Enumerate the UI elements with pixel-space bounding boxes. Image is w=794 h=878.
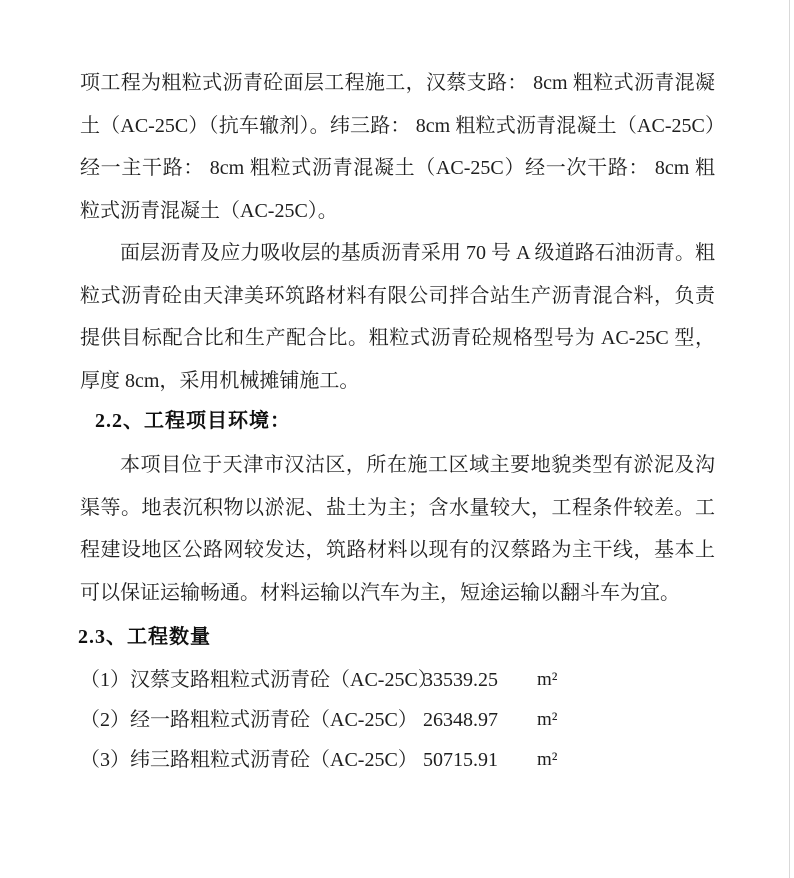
quantity-label: （3）纬三路粗粒式沥青砼（AC-25C） xyxy=(80,740,418,780)
quantity-value: 26348.97 xyxy=(423,700,498,740)
section-heading-project-quantities: 2.3、工程数量 xyxy=(78,622,715,652)
quantity-label: （1）汉蔡支路粗粒式沥青砼（AC-25C） xyxy=(80,660,438,700)
quantity-list: （1）汉蔡支路粗粒式沥青砼（AC-25C） 33539.25 m² （2）经一路… xyxy=(80,660,715,780)
quantity-value: 33539.25 xyxy=(423,660,498,700)
quantity-label: （2）经一路粗粒式沥青砼（AC-25C） xyxy=(80,700,418,740)
quantity-item-2: （2）经一路粗粒式沥青砼（AC-25C） 26348.97 m² xyxy=(80,700,715,740)
quantity-item-3: （3）纬三路粗粒式沥青砼（AC-25C） 50715.91 m² xyxy=(80,740,715,780)
quantity-unit: m² xyxy=(537,700,557,740)
paragraph-project-environment: 本项目位于天津市汉沽区，所在施工区域主要地貌类型有淤泥及沟渠等。地表沉积物以淤泥… xyxy=(80,444,715,614)
quantity-unit: m² xyxy=(537,740,557,780)
page-right-edge-divider xyxy=(789,0,790,878)
quantity-unit: m² xyxy=(537,660,557,700)
paragraph-continuation: 项工程为粗粒式沥青砼面层工程施工，汉蔡支路： 8cm 粗粒式沥青混凝土（AC-2… xyxy=(80,62,715,232)
quantity-item-1: （1）汉蔡支路粗粒式沥青砼（AC-25C） 33539.25 m² xyxy=(80,660,715,700)
document-content: 项工程为粗粒式沥青砼面层工程施工，汉蔡支路： 8cm 粗粒式沥青混凝土（AC-2… xyxy=(80,62,715,780)
section-heading-project-environment: 2.2、工程项目环境： xyxy=(95,406,715,436)
paragraph-asphalt-materials: 面层沥青及应力吸收层的基质沥青采用 70 号 A 级道路石油沥青。粗粒式沥青砼由… xyxy=(80,232,715,402)
quantity-value: 50715.91 xyxy=(423,740,498,780)
document-page: 项工程为粗粒式沥青砼面层工程施工，汉蔡支路： 8cm 粗粒式沥青混凝土（AC-2… xyxy=(0,0,794,878)
